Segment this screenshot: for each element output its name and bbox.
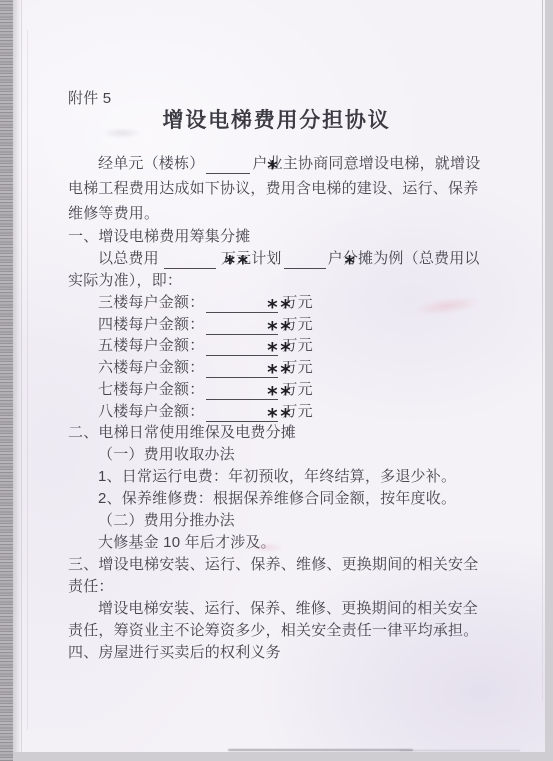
floor-label: 六楼每户金额：: [98, 359, 204, 376]
section3-body: 增设电梯安装、运行、保养、维修、更换期间的相关安全责任，筹资业主不论筹资多少，相…: [68, 598, 485, 642]
scan-smudge: [102, 128, 142, 138]
paper-bottom-edge: [228, 749, 413, 751]
blank-total-cost: **: [164, 252, 216, 269]
floor-row: 七楼每户金额：**万元: [68, 379, 485, 401]
asterisk-mark: **: [236, 388, 292, 400]
floor-row: 六楼每户金额：**万元: [68, 357, 485, 379]
document-content: 附件 5 增设电梯费用分担协议 经单元（楼栋）*户业主协商同意增设电梯，就增设电…: [68, 0, 485, 664]
section3-heading: 三、增设电梯安装、运行、保养、维修、更换期间的相关安全责任：: [68, 554, 485, 598]
scanner-edge-fade: [13, 0, 21, 752]
scanned-page: 附件 5 增设电梯费用分担协议 经单元（楼栋）*户业主协商同意增设电梯，就增设电…: [0, 0, 553, 761]
floor-label: 七楼每户金额：: [98, 381, 204, 398]
section1-heading: 一、增设电梯费用筹集分摊: [68, 226, 485, 248]
intro-paragraph: 经单元（楼栋）*户业主协商同意增设电梯，就增设电梯工程费用达成如下协议，费用含电…: [68, 151, 485, 226]
s1-part1: 以总费用: [98, 250, 159, 267]
blank-floor-amount: **: [206, 296, 278, 313]
section4-heading: 四、房屋进行买卖后的权利义务: [68, 642, 485, 664]
floor-label: 四楼每户金额：: [98, 316, 204, 333]
blank-unit-households: *: [206, 157, 250, 174]
section2-item2: 2、保养维修费：根据保养维修合同金额，按年度收。: [68, 488, 485, 510]
intro-pre: 经单元（楼栋）: [98, 155, 204, 172]
asterisk-mark: *: [236, 162, 279, 174]
section2-sub2: （二）费用分推办法: [68, 510, 485, 532]
blank-floor-amount: **: [206, 318, 278, 335]
section2-item1: 1、日常运行电费：年初预收，年终结算，多退少补。: [68, 466, 485, 488]
section1-intro: 以总费用**万元计划*户分摊为例（总费用以实际为准），即：: [68, 248, 485, 292]
paper-right-edge: [542, 0, 543, 700]
floor-label: 八楼每户金额：: [98, 403, 204, 420]
paper-sheet: 附件 5 增设电梯费用分担协议 经单元（楼栋）*户业主协商同意增设电梯，就增设电…: [12, 0, 545, 752]
blank-floor-amount: **: [206, 383, 278, 400]
scanner-edge-strip: [0, 0, 13, 761]
attachment-label: 附件 5: [68, 88, 485, 110]
asterisk-mark: *: [314, 257, 357, 269]
asterisk-mark: **: [236, 323, 292, 335]
asterisk-mark: **: [236, 410, 292, 422]
blank-floor-amount: **: [206, 339, 278, 356]
floor-row: 八楼每户金额：**万元: [68, 401, 485, 423]
blank-plan-households: *: [284, 252, 326, 269]
paper-crease: [21, 0, 22, 752]
asterisk-mark: **: [236, 366, 292, 378]
section2-sub1: （一）费用收取办法: [68, 444, 485, 466]
floor-label: 三楼每户金额：: [98, 294, 204, 311]
asterisk-mark: **: [236, 301, 292, 313]
paper-crease: [27, 30, 28, 730]
asterisk-mark: **: [194, 257, 250, 269]
paper-bottom-edge: [400, 750, 520, 751]
scan-smudge: [250, 543, 284, 552]
blank-floor-amount: **: [206, 405, 278, 422]
asterisk-mark: **: [236, 344, 292, 356]
blank-floor-amount: **: [206, 361, 278, 378]
floor-row: 五楼每户金额：**万元: [68, 335, 485, 357]
floor-label: 五楼每户金额：: [98, 337, 204, 354]
